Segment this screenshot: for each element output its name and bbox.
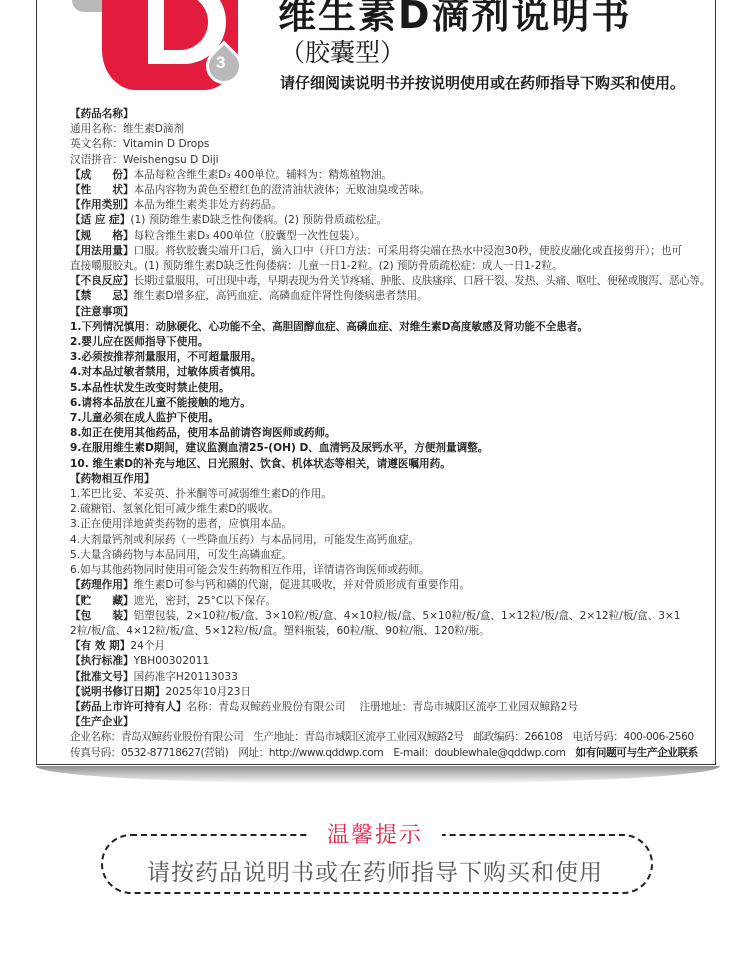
- storage-text: 遮光，密封，25°C以下保存。: [134, 595, 277, 607]
- specification-label: 【规 格】: [70, 230, 134, 242]
- precaution-item: 5.本品性状发生改变时禁止使用。: [70, 381, 686, 396]
- indications-label: 【适 应 症】: [70, 214, 130, 226]
- leaflet-shadow: [36, 766, 720, 784]
- packaging-label: 【包 装】: [70, 610, 134, 622]
- manufacturer-name: 企业名称：青岛双鲸药业股份有限公司: [70, 731, 243, 743]
- approval-label: 【批准文号】: [70, 671, 134, 683]
- pharmacology-label: 【药理作用】: [70, 579, 134, 591]
- appearance-row: 【性 状】本品内容物为黄色至橙红色的澄清油状液体；无败油臭或苦味。: [70, 183, 686, 198]
- category-text: 本品为维生素类非处方药药品。: [134, 199, 282, 211]
- precaution-item: 3.必须按推荐剂量服用，不可超量服用。: [70, 350, 686, 365]
- interaction-item: 4.大剂量钙剂或利尿药（一些降血压药）与本品同用，可能发生高钙血症。: [70, 533, 686, 548]
- interaction-item: 2.硫糖铝、氢氧化铝可减少维生素D的吸收。: [70, 502, 686, 517]
- precaution-item: 8.如正在使用其他药品，使用本品前请咨询医师或药师。: [70, 426, 686, 441]
- pharmacology-row: 【药理作用】维生素D可参与钙和磷的代谢，促进其吸收，并对骨质形成有重要作用。: [70, 578, 686, 593]
- ingredients-row: 【成 份】本品每粒含维生素D₃ 400单位。辅料为：精炼植物油。: [70, 168, 686, 183]
- adverse-reactions-label: 【不良反应】: [70, 275, 134, 287]
- manufacturer-website[interactable]: 网址：http://www.qddwp.com: [238, 747, 383, 759]
- ingredients-text: 本品每粒含维生素D₃ 400单位。辅料为：精炼植物油。: [134, 169, 392, 181]
- pinyin-name: 汉语拼音：Weishengsu D Diji: [70, 153, 686, 168]
- vitamin-d3-logo: 3: [102, 0, 242, 90]
- manufacturer-email[interactable]: E-mail：doublewhale@qddwp.com: [393, 747, 565, 759]
- standard-label: 【执行标准】: [70, 655, 134, 667]
- interaction-item: 6.如与其他药物同时使用可能会发生药物相互作用，详情请咨询医师或药师。: [70, 563, 686, 578]
- contraindications-text: 维生素D增多症、高钙血症、高磷血症伴肾性佝偻病患者禁用。: [134, 290, 428, 302]
- validity-row: 【有 效 期】24个月: [70, 639, 686, 654]
- revision-row: 【说明书修订日期】2025年10月23日: [70, 685, 686, 700]
- storage-row: 【贮 藏】遮光，密封，25°C以下保存。: [70, 594, 686, 609]
- precaution-item: 7.儿童必须在成人监护下使用。: [70, 411, 686, 426]
- revision-text: 2025年10月23日: [165, 686, 251, 698]
- appearance-text: 本品内容物为黄色至橙红色的澄清油状液体；无败油臭或苦味。: [134, 184, 431, 196]
- interaction-item: 3.正在使用洋地黄类药物的患者，应慎用本品。: [70, 517, 686, 532]
- dosage-label: 【用法用量】: [70, 245, 134, 257]
- manufacturer-postcode: 邮政编码：266108: [474, 731, 563, 743]
- contraindications-row: 【禁 忌】维生素D增多症、高钙血症、高磷血症伴肾性佝偻病患者禁用。: [70, 289, 686, 304]
- adverse-reactions-text: 长期过量服用，可出现中毒，早期表现为骨关节疼痛、肿胀、皮肤瘙痒、口唇干裂、发热、…: [134, 275, 710, 287]
- precaution-item: 9.在服用维生素D期间，建议监测血清25-(OH) D、血清钙及尿钙水平，方便剂…: [70, 441, 686, 456]
- precaution-item: 2.婴儿应在医师指导下使用。: [70, 335, 686, 350]
- precaution-item: 4.对本品过敏者禁用，过敏体质者慎用。: [70, 365, 686, 380]
- manufacturer-address: 生产地址：青岛市城阳区流亭工业园双鲸路2号: [253, 731, 463, 743]
- storage-label: 【贮 藏】: [70, 595, 134, 607]
- interaction-item: 1.苯巴比妥、苯妥英、扑米酮等可减弱维生素D的作用。: [70, 487, 686, 502]
- holder-label: 【药品上市许可持有人】: [70, 701, 187, 713]
- packaging-text: 铝塑包装，2×10粒/板/盒、3×10粒/板/盒、4×10粒/板/盒、5×10粒…: [70, 610, 681, 637]
- section-heading-interactions: 【药物相互作用】: [70, 472, 686, 487]
- validity-text: 24个月: [130, 640, 165, 652]
- standard-text: YBH00302011: [134, 655, 210, 667]
- droplet-number: 3: [216, 53, 230, 75]
- contraindications-label: 【禁 忌】: [70, 290, 134, 302]
- dosage-row: 【用法用量】口服。将软胶囊尖端开口后，滴入口中（开口方法：可采用将尖端在热水中浸…: [70, 244, 686, 274]
- precaution-item: 1.下列情况慎用：动脉硬化、心功能不全、高胆固醇血症、高磷血症、对维生素D高度敏…: [70, 320, 686, 335]
- holder-row: 【药品上市许可持有人】名称：青岛双鲸药业股份有限公司注册地址：青岛市城阳区流亭工…: [70, 700, 686, 715]
- holder-address: 注册地址：青岛市城阳区流亭工业园双鲸路2号: [359, 701, 578, 713]
- ingredients-label: 【成 份】: [70, 169, 134, 181]
- manufacturer-fax: 传真号码：0532-87718627(营销): [70, 747, 228, 759]
- specification-text: 每粒含维生素D₃ 400单位（胶囊型一次性包装）。: [134, 230, 366, 242]
- holder-name: 名称：青岛双鲸药业股份有限公司: [187, 701, 346, 713]
- indications-row: 【适 应 症】(1) 预防维生素D缺乏性佝偻病。(2) 预防骨质疏松症。: [70, 213, 686, 228]
- specification-row: 【规 格】每粒含维生素D₃ 400单位（胶囊型一次性包装）。: [70, 229, 686, 244]
- packaging-row: 【包 装】铝塑包装，2×10粒/板/盒、3×10粒/板/盒、4×10粒/板/盒、…: [70, 609, 686, 639]
- section-heading-manufacturer: 【生产企业】: [70, 715, 686, 730]
- leaflet-content: 【药品名称】 通用名称：维生素D滴剂 英文名称：Vitamin D Drops …: [70, 107, 686, 761]
- precaution-item: 6.请将本品放在儿童不能接触的地方。: [70, 396, 686, 411]
- tip-title: 温馨提示: [0, 818, 750, 849]
- appearance-label: 【性 状】: [70, 184, 134, 196]
- reading-notice: 请仔细阅读说明书并按说明使用或在药师指导下购买和使用。: [280, 72, 685, 93]
- category-row: 【作用类别】本品为维生素类非处方药药品。: [70, 198, 686, 213]
- section-heading-precautions: 【注意事项】: [70, 305, 686, 320]
- indications-text: (1) 预防维生素D缺乏性佝偻病。(2) 预防骨质疏松症。: [130, 214, 387, 226]
- standard-row: 【执行标准】YBH00302011: [70, 654, 686, 669]
- tip-text: 请按药品说明书或在药师指导下购买和使用: [0, 854, 750, 887]
- english-name: 英文名称：Vitamin D Drops: [70, 137, 686, 152]
- generic-name: 通用名称：维生素D滴剂: [70, 122, 686, 137]
- adverse-reactions-row: 【不良反应】长期过量服用，可出现中毒，早期表现为骨关节疼痛、肿胀、皮肤瘙痒、口唇…: [70, 274, 686, 289]
- approval-text: 国药准字H20113033: [134, 671, 238, 683]
- manufacturer-phone: 电话号码：400-006-2560: [573, 731, 694, 743]
- approval-row: 【批准文号】国药准字H20113033: [70, 670, 686, 685]
- manufacturer-row-1: 企业名称：青岛双鲸药业股份有限公司生产地址：青岛市城阳区流亭工业园双鲸路2号邮政…: [70, 730, 686, 745]
- manufacturer-row-2: 传真号码：0532-87718627(营销)网址：http://www.qddw…: [70, 746, 686, 761]
- precaution-item: 10. 维生素D的补充与地区、日光照射、饮食、机体状态等相关，请遵医嘱用药。: [70, 457, 686, 472]
- category-label: 【作用类别】: [70, 199, 134, 211]
- dosage-text: 口服。将软胶囊尖端开口后，滴入口中（开口方法：可采用将尖端在热水中浸泡30秒，使…: [70, 245, 682, 272]
- section-heading-drug-name: 【药品名称】: [70, 107, 686, 122]
- interaction-item: 5.大量含磷药物与本品同用，可发生高磷血症。: [70, 548, 686, 563]
- pharmacology-text: 维生素D可参与钙和磷的代谢，促进其吸收，并对骨质形成有重要作用。: [134, 579, 471, 591]
- validity-label: 【有 效 期】: [70, 640, 130, 652]
- revision-label: 【说明书修订日期】: [70, 686, 165, 698]
- page-subtitle: （胶囊型）: [280, 33, 405, 69]
- manufacturer-contact-note: 如有问题可与生产企业联系: [576, 747, 698, 759]
